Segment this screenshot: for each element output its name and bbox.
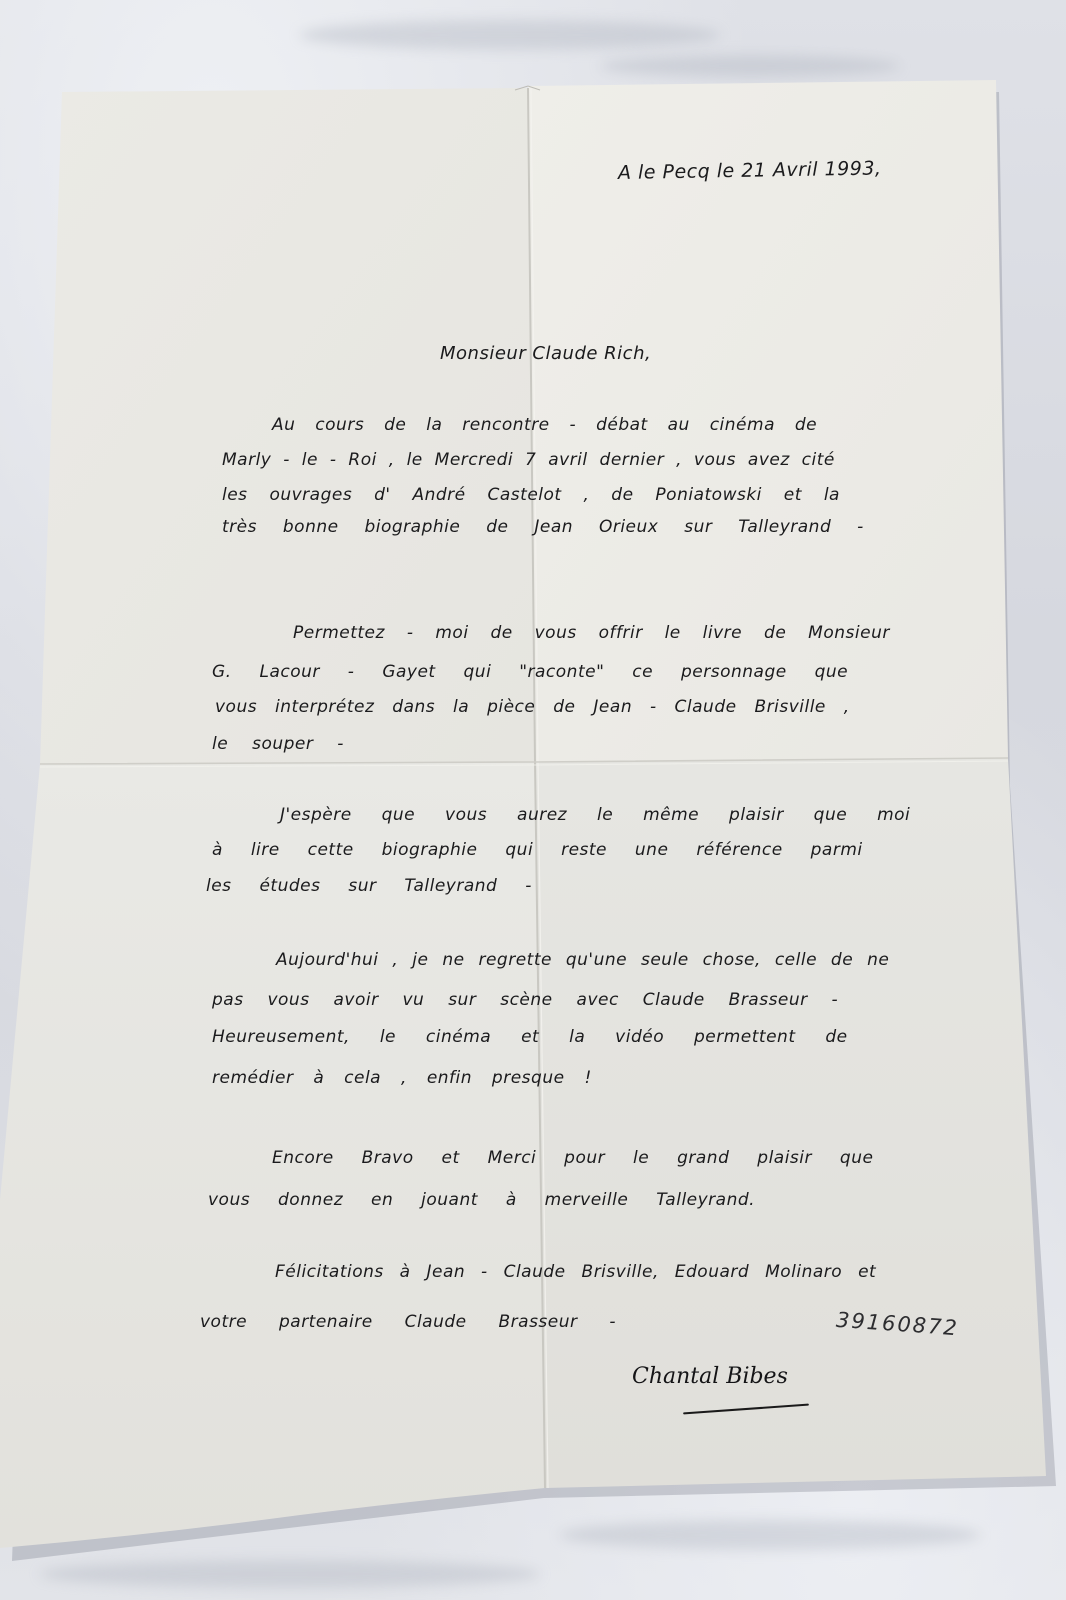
paragraph-line: Marly - le - Roi , le Mercredi 7 avril d…	[222, 450, 835, 470]
paragraph-line: Encore Bravo et Merci pour le grand plai…	[272, 1148, 873, 1168]
paragraph-line: le souper -	[212, 734, 344, 754]
paragraph-line: Au cours de la rencontre - débat au ciné…	[272, 415, 817, 435]
paragraph-line: à lire cette biographie qui reste une ré…	[212, 840, 863, 860]
paragraph-line: Permettez - moi de vous offrir le livre …	[293, 623, 890, 643]
paragraph-line: pas vous avoir vu sur scène avec Claude …	[212, 990, 838, 1010]
paragraph-line: remédier à cela , enfin presque !	[212, 1068, 592, 1088]
paper-shape	[0, 0, 1066, 1600]
paragraph-line: G. Lacour - Gayet qui "raconte" ce perso…	[212, 662, 848, 682]
paragraph-line: les études sur Talleyrand -	[206, 876, 532, 896]
paragraph-line: les ouvrages d' André Castelot , de Poni…	[222, 485, 840, 505]
signature: Chantal Bibes	[632, 1364, 788, 1389]
paragraph-line: Heureusement, le cinéma et la vidéo perm…	[212, 1027, 848, 1047]
paragraph-line: vous donnez en jouant à merveille Talley…	[208, 1190, 755, 1210]
place-date: A le Pecq le 21 Avril 1993,	[618, 157, 882, 184]
paragraph-line: Félicitations à Jean - Claude Brisville,…	[275, 1262, 876, 1282]
paragraph-line: votre partenaire Claude Brasseur -	[200, 1312, 616, 1332]
paragraph-line: J'espère que vous aurez le même plaisir …	[280, 805, 910, 825]
letter-paper: A le Pecq le 21 Avril 1993, Monsieur Cla…	[0, 0, 1066, 1600]
paragraph-line: très bonne biographie de Jean Orieux sur…	[222, 517, 864, 537]
paragraph-line: vous interprétez dans la pièce de Jean -…	[215, 697, 850, 717]
salutation: Monsieur Claude Rich,	[440, 343, 651, 364]
paragraph-line: Aujourd'hui , je ne regrette qu'une seul…	[276, 950, 889, 970]
